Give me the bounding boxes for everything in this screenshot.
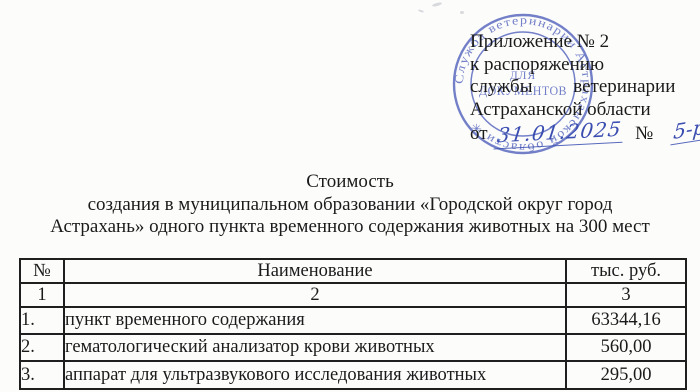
row-number-cell: 3.	[20, 361, 64, 389]
handwritten-date: 31.01.2025	[493, 118, 624, 149]
number-sign: №	[635, 123, 653, 144]
appendix-line-5: от31.01.2025№5-р	[470, 121, 700, 146]
table-row: 3. аппарат для ультразвукового исследова…	[20, 361, 686, 389]
name-cell: гематологический анализатор крови животн…	[64, 334, 566, 361]
appendix-line-3: службы ветеринарии	[470, 76, 700, 99]
document-title: Стоимость создания в муниципальном образ…	[0, 171, 700, 239]
column-number-cell: 3	[566, 283, 686, 307]
scan-speck	[418, 9, 424, 13]
date-prefix: от	[470, 123, 488, 144]
name-cell: аппарат для ультразвукового исследования…	[64, 361, 566, 389]
value-cell: 560,00	[566, 334, 686, 361]
table-row: 1. пункт временного содержания 63344,16	[20, 307, 686, 334]
scan-speck	[432, 2, 442, 7]
document-page: { "document": { "header": { "lines": [ "…	[0, 0, 700, 392]
table-row: 2. гематологический анализатор крови жив…	[20, 334, 686, 361]
title-line-2: создания в муниципальном образовании «Го…	[0, 194, 700, 217]
column-header-name: Наименование	[64, 259, 566, 283]
column-header-num: №	[20, 259, 64, 283]
appendix-line-1: Приложение № 2	[470, 31, 700, 54]
title-line-3: Астрахань» одного пункта временного соде…	[0, 216, 700, 239]
row-number-cell: 1.	[20, 307, 64, 334]
value-cell: 295,00	[566, 361, 686, 389]
name-cell: пункт временного содержания	[64, 307, 566, 334]
handwritten-number: 5-р	[671, 114, 700, 144]
row-number-cell: 2.	[20, 334, 64, 361]
appendix-line-2: к распоряжению	[470, 54, 700, 77]
column-number-cell: 1	[20, 283, 64, 307]
appendix-header: Приложение № 2 к распоряжению службы вет…	[470, 31, 700, 146]
column-header-value: тыс. руб.	[566, 259, 686, 283]
column-number-cell: 2	[64, 283, 566, 307]
title-line-1: Стоимость	[0, 171, 700, 194]
value-cell: 63344,16	[566, 307, 686, 334]
cost-table: № Наименование тыс. руб. 1 2 3 1. пункт …	[19, 258, 687, 390]
column-number-row: 1 2 3	[20, 283, 686, 307]
table-header-row: № Наименование тыс. руб.	[20, 259, 686, 283]
